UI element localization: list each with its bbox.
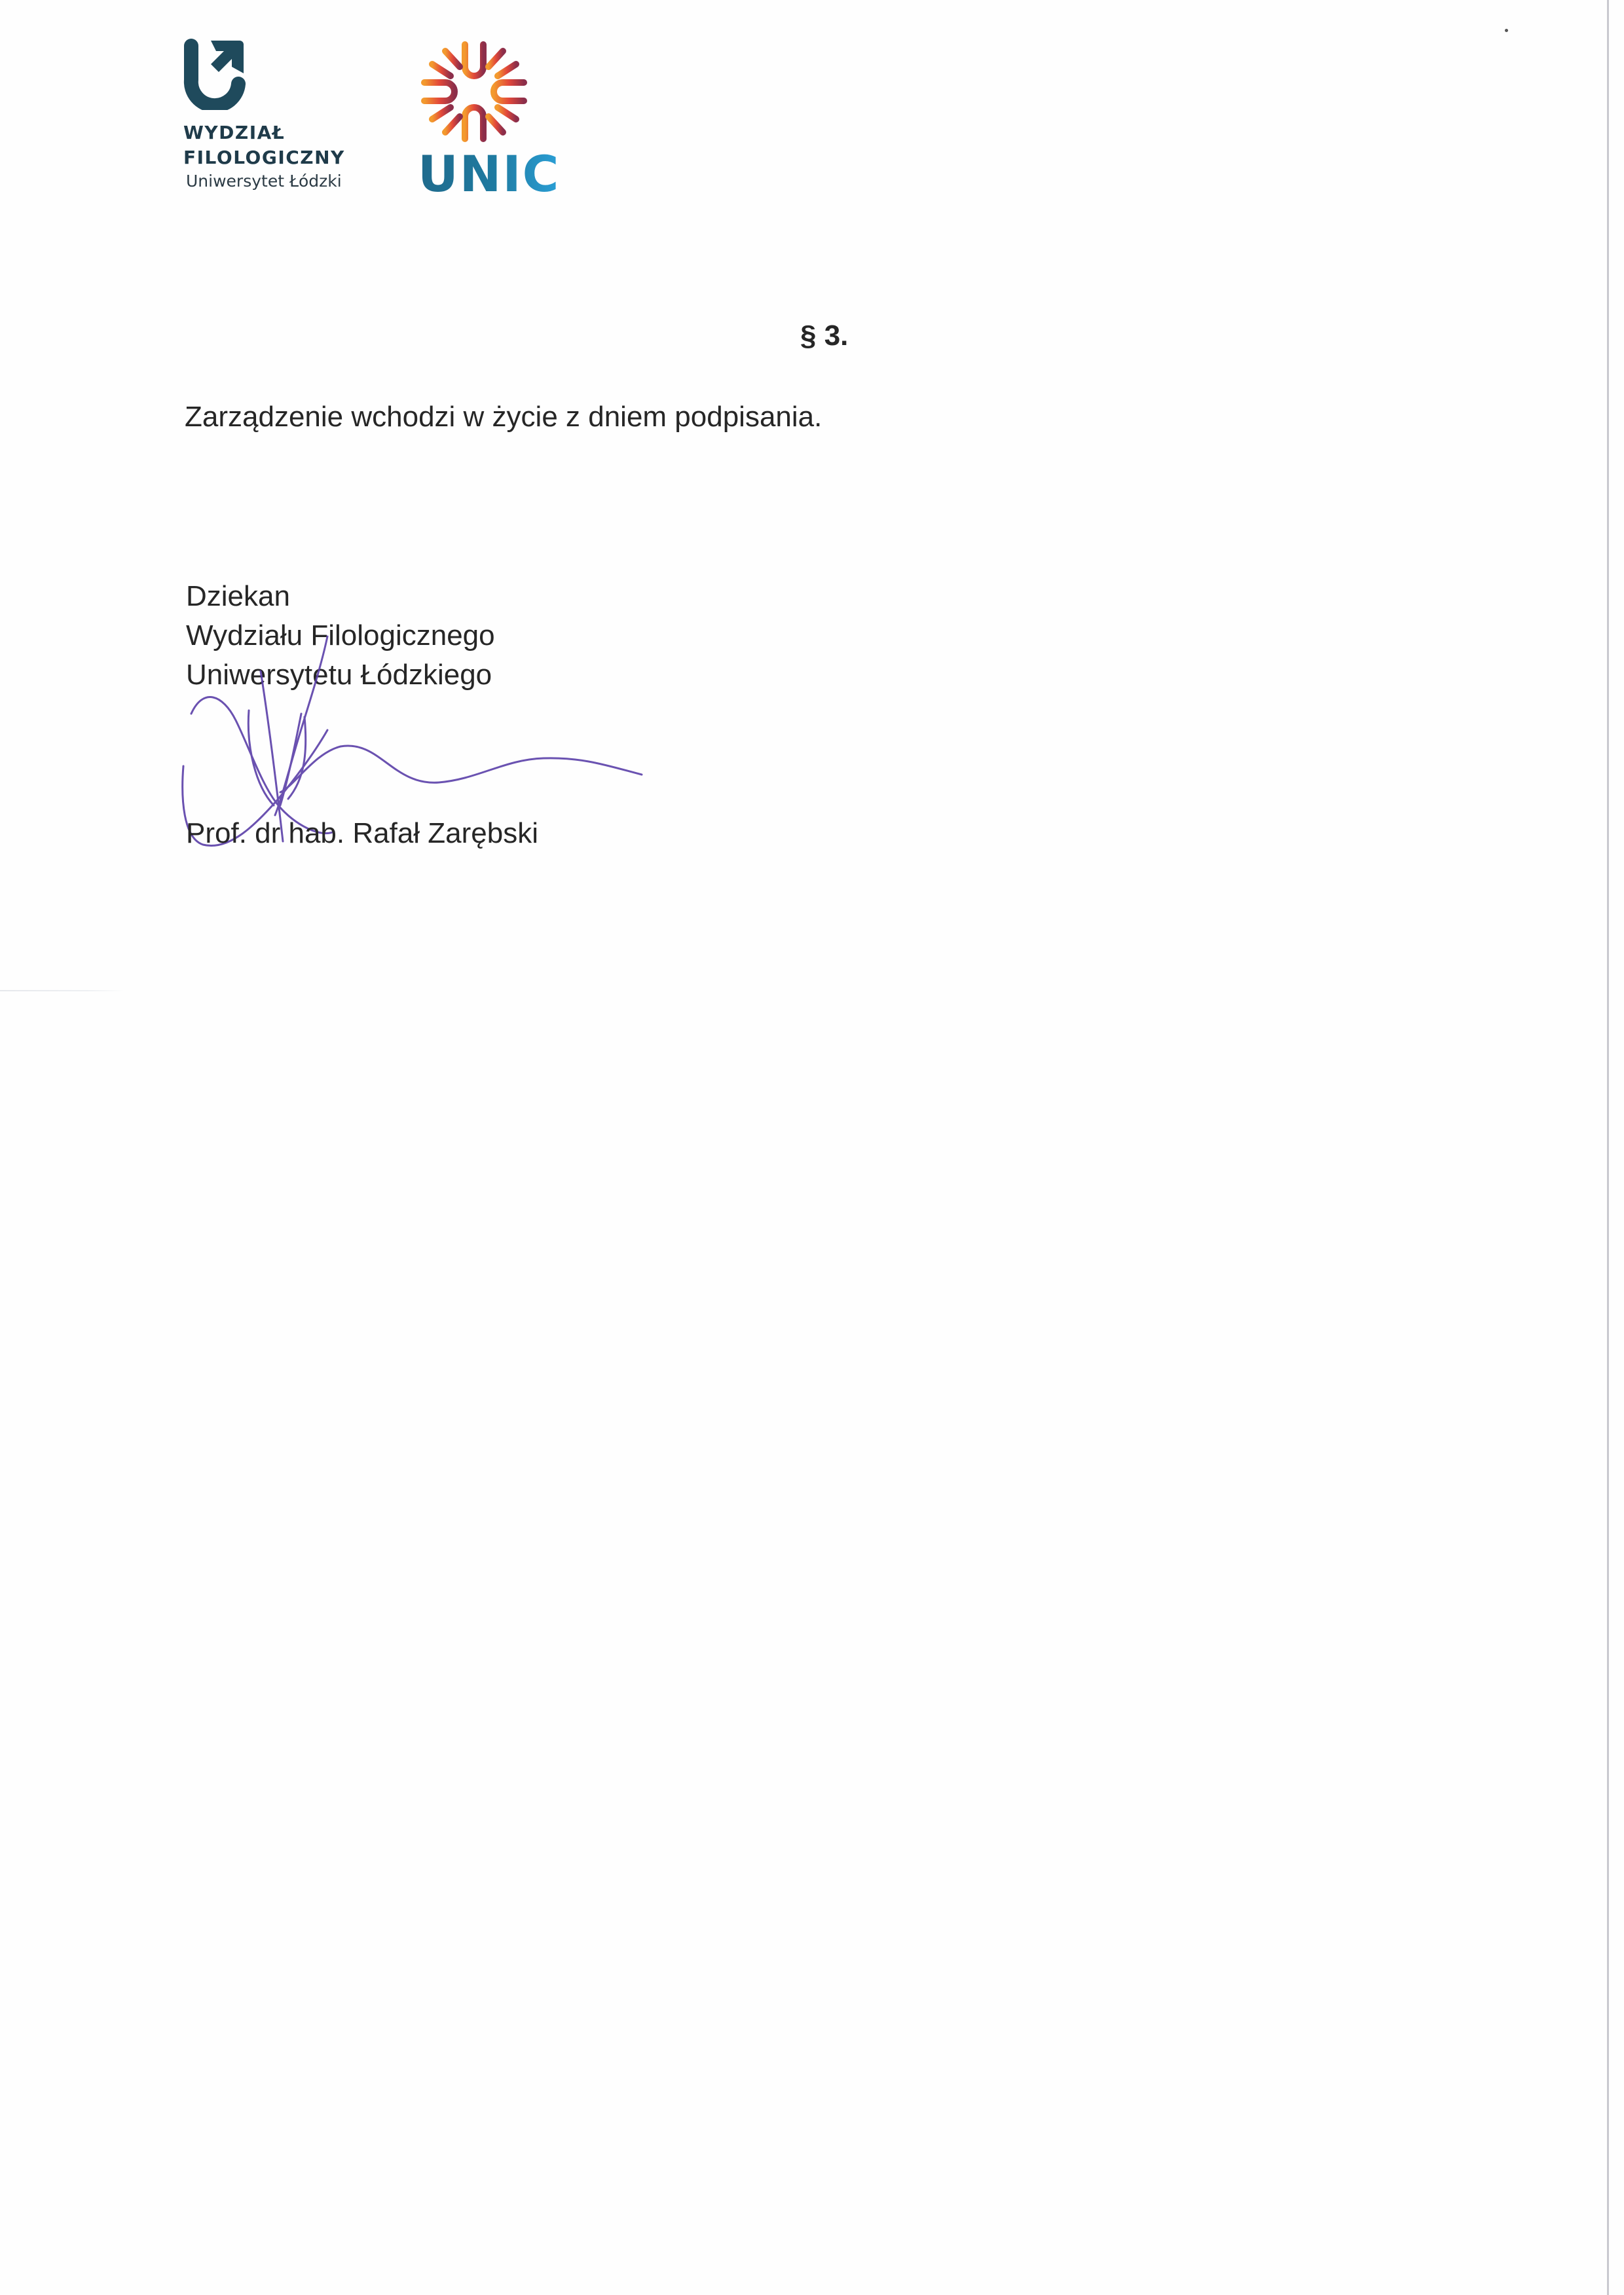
signatory-name: Prof. dr hab. Rafał Zarębski [186,817,538,850]
section-heading: § 3. [800,320,848,352]
scan-edge-line [1607,0,1609,2295]
faculty-name: WYDZIAŁ FILOLOGICZNY [183,120,345,170]
scan-dust-speck [1505,29,1508,32]
university-name: Uniwersytet Łódzki [186,172,342,191]
signatory-title-line-3: Uniwersytetu Łódzkiego [186,659,492,691]
signatory-title-line-1: Dziekan [186,580,290,613]
faculty-logo [182,37,246,110]
scan-fold-line [0,990,124,991]
signatory-title-line-2: Wydziału Filologicznego [186,619,495,652]
body-paragraph: Zarządzenie wchodzi w życie z dniem podp… [185,401,822,433]
sun-burst-logo-icon [419,38,529,145]
faculty-name-line-2: FILOLOGICZNY [183,145,345,170]
u-arrow-logo-icon [182,37,246,110]
faculty-name-line-1: WYDZIAŁ [183,120,345,145]
unic-wordmark: UNIC [418,148,560,200]
